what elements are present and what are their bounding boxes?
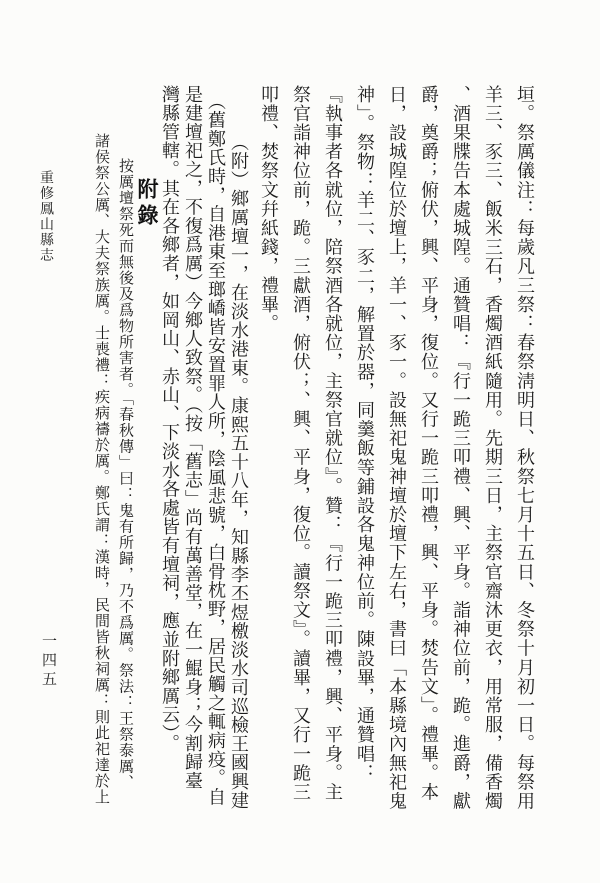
main-text-column: 垣。祭厲儀注：每歲凡三祭：春祭淸明日、秋祭七月十五日、冬祭十月初一日。每祭用	[516, 85, 534, 817]
main-text-column: 『執事者各就位，陪祭酒各就位，主祭官就位』。贊：『行一跪三叩禮，興、平身。主	[324, 85, 342, 817]
book-spine-title: 重修鳳山縣志	[38, 170, 52, 263]
book-page: 重修鳳山縣志 一四五 垣。祭厲儀注：每歲凡三祭：春祭淸明日、秋祭七月十五日、冬祭…	[0, 0, 600, 883]
attachment-column: （附）鄉厲壇一，在淡水港東。康熙五十八年，知縣李丕煜檄淡水司巡檢王國興建	[230, 85, 248, 817]
main-text-column: 、酒果牒告本處城隍。通贊唱：『行一跪三叩禮、興、平身。詣神位前，跪。進爵，獻	[452, 85, 470, 817]
appendix-note-column: 諸侯祭公厲、大夫祭族厲。士喪禮：疾病禱於厲。鄭氏謂：漢時，民間皆秋祠厲：則此祀達…	[93, 85, 108, 817]
main-text-column: 神」。祭物：羊二、豕二，解置於器，同羹飯等鋪設各鬼神位前。陳設畢，通贊唱：	[356, 85, 374, 817]
main-text-column: 祭官詣神位前，跪。三獻酒，俯伏；、興、平身，復位。讀祭文』。讀畢，又行一跪三	[292, 85, 310, 817]
text-area: 垣。祭厲儀注：每歲凡三祭：春祭淸明日、秋祭七月十五日、冬祭十月初一日。每祭用 羊…	[93, 85, 534, 817]
main-text-column: 叩禮、焚祭文幷紙錢，禮畢。	[260, 85, 278, 817]
appendix-note-column: 按厲壇祭死而無後及爲物所害者。「春秋傳」曰：鬼有所歸，乃不爲厲。祭法：王祭泰厲、	[117, 85, 132, 817]
attachment-column: 是建壇祀之，不復爲厲）今鄉人致祭。（按「舊志」尚有萬善堂，在一鯤身；今割歸臺	[184, 85, 202, 817]
attachment-column: 灣縣管轄。其在各鄉者，如岡山、赤山、下淡水各處皆有壇祠，應並附鄉厲云）。	[161, 85, 179, 817]
main-text-column: 羊三、豕三、飯米三石，香燭酒紙隨用。先期三日，主祭官齋沐更衣，用常服，備香燭	[484, 85, 502, 817]
appendix-section-header: 附錄	[136, 85, 157, 817]
page-number: 一四五	[40, 633, 55, 690]
main-text-column: 日，設城隍位於壇上，羊一、豕一。設無祀鬼神壇於壇下左右，書曰「本縣境內無祀鬼	[388, 85, 406, 817]
main-text-column: 爵，奠爵；俯伏，興、平身，復位。又行一跪三叩禮，興、平身。焚告文」。禮畢。本	[420, 85, 438, 817]
attachment-column: （舊鄭氏時，自港東至瑯嶠皆安置罪人所，陰風悲號，白骨枕野，居民觸之輒病疫。自	[207, 85, 225, 817]
